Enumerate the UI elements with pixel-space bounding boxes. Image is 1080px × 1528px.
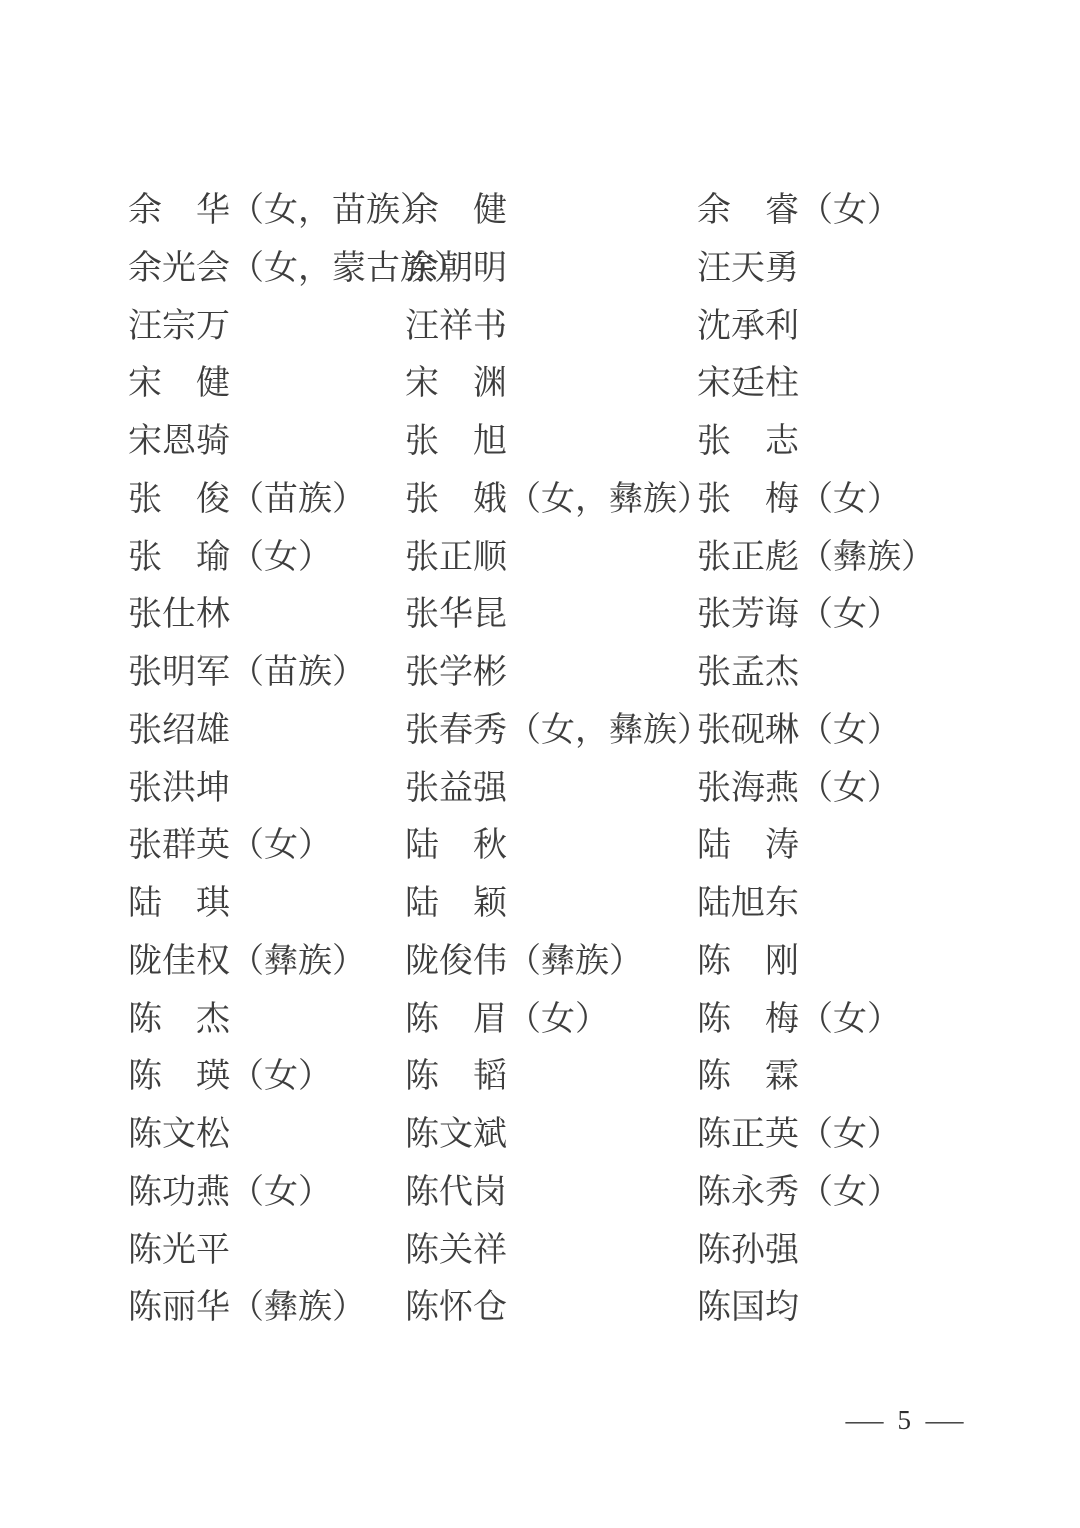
name-cell: 宋 健 xyxy=(128,355,405,413)
name-cell: 陈 杰 xyxy=(128,991,405,1049)
name-cell: 陆 秋 xyxy=(405,817,697,875)
name-cell: 陈 韬 xyxy=(405,1048,697,1106)
name-cell: 张绍雄 xyxy=(128,702,405,760)
name-row: 汪宗万汪祥书沈承利 xyxy=(128,298,1008,356)
name-row: 陈文松陈文斌陈正英（女） xyxy=(128,1106,1008,1164)
page-number-right-dash: — xyxy=(926,1405,964,1436)
name-cell: 张 俊（苗族） xyxy=(128,471,405,529)
name-row: 陆 琪陆 颖陆旭东 xyxy=(128,875,1008,933)
page-number-left-dash: — xyxy=(845,1405,883,1436)
name-cell: 张华昆 xyxy=(405,586,697,644)
name-cell: 汪宗万 xyxy=(128,298,405,356)
name-cell: 张明军（苗族） xyxy=(128,644,405,702)
name-cell: 陈怀仓 xyxy=(405,1279,697,1337)
name-row: 张绍雄张春秀（女，彝族）张砚琳（女） xyxy=(128,702,1008,760)
name-cell: 张芳诲（女） xyxy=(697,586,1008,644)
name-cell: 张学彬 xyxy=(405,644,697,702)
name-row: 张 瑜（女）张正顺张正彪（彝族） xyxy=(128,529,1008,587)
name-cell: 张正彪（彝族） xyxy=(697,529,1008,587)
name-cell: 陈文松 xyxy=(128,1106,405,1164)
name-cell: 张海燕（女） xyxy=(697,760,1008,818)
name-row: 张群英（女）陆 秋陆 涛 xyxy=(128,817,1008,875)
page-number: — 5 — xyxy=(851,1405,959,1436)
name-cell: 张孟杰 xyxy=(697,644,1008,702)
name-cell: 张仕林 xyxy=(128,586,405,644)
name-cell: 陈永秀（女） xyxy=(697,1164,1008,1222)
name-cell: 陈 霖 xyxy=(697,1048,1008,1106)
name-cell: 陆 涛 xyxy=(697,817,1008,875)
name-cell: 汪祥书 xyxy=(405,298,697,356)
name-list: 余 华（女，苗族）余 健余 睿（女）余光会（女，蒙古族）余朝明汪天勇汪宗万汪祥书… xyxy=(128,182,1008,1337)
name-cell: 陇佳权（彝族） xyxy=(128,933,405,991)
name-cell: 陈光平 xyxy=(128,1222,405,1280)
name-row: 张明军（苗族）张学彬张孟杰 xyxy=(128,644,1008,702)
name-cell: 陈国均 xyxy=(697,1279,1008,1337)
name-cell: 余 健 xyxy=(405,182,697,240)
name-cell: 沈承利 xyxy=(697,298,1008,356)
name-row: 陇佳权（彝族）陇俊伟（彝族）陈 刚 xyxy=(128,933,1008,991)
name-cell: 张 旭 xyxy=(405,413,697,471)
name-cell: 汪天勇 xyxy=(697,240,1008,298)
name-cell: 陈 瑛（女） xyxy=(128,1048,405,1106)
name-cell: 宋恩骑 xyxy=(128,413,405,471)
name-cell: 陈丽华（彝族） xyxy=(128,1279,405,1337)
page-number-value: 5 xyxy=(898,1405,912,1436)
name-row: 宋恩骑张 旭张 志 xyxy=(128,413,1008,471)
name-cell: 陈文斌 xyxy=(405,1106,697,1164)
name-row: 张洪坤张益强张海燕（女） xyxy=(128,760,1008,818)
name-cell: 陈 梅（女） xyxy=(697,991,1008,1049)
name-cell: 陈功燕（女） xyxy=(128,1164,405,1222)
name-cell: 张 志 xyxy=(697,413,1008,471)
name-cell: 张春秀（女，彝族） xyxy=(405,702,697,760)
name-cell: 陆 颖 xyxy=(405,875,697,933)
name-row: 余光会（女，蒙古族）余朝明汪天勇 xyxy=(128,240,1008,298)
name-row: 陈功燕（女）陈代岗陈永秀（女） xyxy=(128,1164,1008,1222)
name-cell: 余 华（女，苗族） xyxy=(128,182,405,240)
name-cell: 陇俊伟（彝族） xyxy=(405,933,697,991)
name-cell: 宋 渊 xyxy=(405,355,697,413)
name-cell: 张砚琳（女） xyxy=(697,702,1008,760)
name-cell: 陈 眉（女） xyxy=(405,991,697,1049)
name-cell: 陆 琪 xyxy=(128,875,405,933)
name-cell: 张洪坤 xyxy=(128,760,405,818)
name-row: 张仕林张华昆张芳诲（女） xyxy=(128,586,1008,644)
name-cell: 陈代岗 xyxy=(405,1164,697,1222)
name-row: 陈丽华（彝族）陈怀仓陈国均 xyxy=(128,1279,1008,1337)
name-cell: 陈 刚 xyxy=(697,933,1008,991)
name-cell: 张群英（女） xyxy=(128,817,405,875)
name-row: 陈 瑛（女）陈 韬陈 霖 xyxy=(128,1048,1008,1106)
name-row: 张 俊（苗族）张 娥（女，彝族）张 梅（女） xyxy=(128,471,1008,529)
name-cell: 余朝明 xyxy=(405,240,697,298)
name-cell: 陆旭东 xyxy=(697,875,1008,933)
name-cell: 余光会（女，蒙古族） xyxy=(128,240,405,298)
name-cell: 张 梅（女） xyxy=(697,471,1008,529)
name-cell: 张益强 xyxy=(405,760,697,818)
name-row: 陈 杰陈 眉（女）陈 梅（女） xyxy=(128,991,1008,1049)
name-cell: 陈孙强 xyxy=(697,1222,1008,1280)
name-cell: 陈正英（女） xyxy=(697,1106,1008,1164)
name-row: 宋 健宋 渊宋廷柱 xyxy=(128,355,1008,413)
name-row: 余 华（女，苗族）余 健余 睿（女） xyxy=(128,182,1008,240)
name-row: 陈光平陈关祥陈孙强 xyxy=(128,1222,1008,1280)
name-cell: 陈关祥 xyxy=(405,1222,697,1280)
name-cell: 余 睿（女） xyxy=(697,182,1008,240)
name-cell: 宋廷柱 xyxy=(697,355,1008,413)
name-cell: 张正顺 xyxy=(405,529,697,587)
name-cell: 张 娥（女，彝族） xyxy=(405,471,697,529)
document-page: 余 华（女，苗族）余 健余 睿（女）余光会（女，蒙古族）余朝明汪天勇汪宗万汪祥书… xyxy=(0,0,1080,1528)
name-cell: 张 瑜（女） xyxy=(128,529,405,587)
